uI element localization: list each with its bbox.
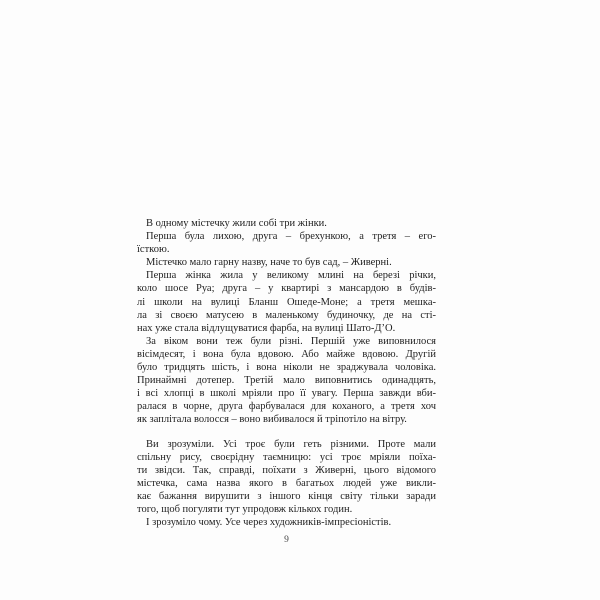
- text-line: ралася в чорне, друга фарбувалася для ко…: [137, 400, 436, 413]
- paragraph: Містечко мало гарну назву, наче то був с…: [137, 256, 436, 269]
- text-line: Принаймні дотепер. Третій мало виповнити…: [137, 374, 436, 387]
- paragraph: За віком вони теж були різні. Першій уже…: [137, 335, 436, 427]
- text-line: Ви зрозуміли. Усі троє були геть різними…: [137, 438, 436, 451]
- paragraph: І зрозуміло чому. Усе через художників-і…: [137, 516, 436, 529]
- paragraph: Перша була лихою, друга – брехункою, а т…: [137, 230, 436, 256]
- text-line: лі школи на вулиці Бланш Ошеде-Моне; а т…: [137, 296, 436, 309]
- text-line: Перша жінка жила у великому млині на бер…: [137, 269, 436, 282]
- book-page: В одному містечку жили собі три жінки.Пе…: [0, 0, 600, 600]
- text-line: Перша була лихою, друга – брехункою, а т…: [137, 230, 436, 243]
- paragraph: Ви зрозуміли. Усі троє були геть різними…: [137, 438, 436, 517]
- text-line: Містечко мало гарну назву, наче то був с…: [137, 256, 436, 269]
- text-line: коло шосе Руа; друга – у квартирі з манс…: [137, 282, 436, 295]
- body-text: В одному містечку жили собі три жінки.Пе…: [137, 217, 436, 529]
- text-line: і всі хлопці в школі мріяли про її увагу…: [137, 387, 436, 400]
- text-line: спільну рису, своєрідну таємницю: усі тр…: [137, 451, 436, 464]
- text-line: ти звідси. Так, справді, поїхати з Живер…: [137, 464, 436, 477]
- page-number: 9: [137, 535, 436, 545]
- text-line: вісімдесят, і вона була вдовою. Або майж…: [137, 348, 436, 361]
- paragraph: В одному містечку жили собі три жінки.: [137, 217, 436, 230]
- text-line: кає бажання вирушити з іншого кінця світ…: [137, 490, 436, 503]
- text-line: того, щоб погуляти тут упродовж кількох …: [137, 503, 436, 516]
- text-line: За віком вони теж були різні. Першій уже…: [137, 335, 436, 348]
- text-line: як заплітала волосся – воно вибивалося й…: [137, 413, 436, 426]
- text-line: ла зі своєю матусею в маленькому будиноч…: [137, 309, 436, 322]
- text-line: їсткою.: [137, 243, 436, 256]
- text-line: І зрозуміло чому. Усе через художників-і…: [137, 516, 436, 529]
- text-line: нах уже стала відлущуватися фарба, на ву…: [137, 322, 436, 335]
- text-line: В одному містечку жили собі три жінки.: [137, 217, 436, 230]
- paragraph: Перша жінка жила у великому млині на бер…: [137, 269, 436, 334]
- text-line: було тридцять шість, і вона ніколи не зр…: [137, 361, 436, 374]
- text-line: містечка, сама назва якого в багатьох лю…: [137, 477, 436, 490]
